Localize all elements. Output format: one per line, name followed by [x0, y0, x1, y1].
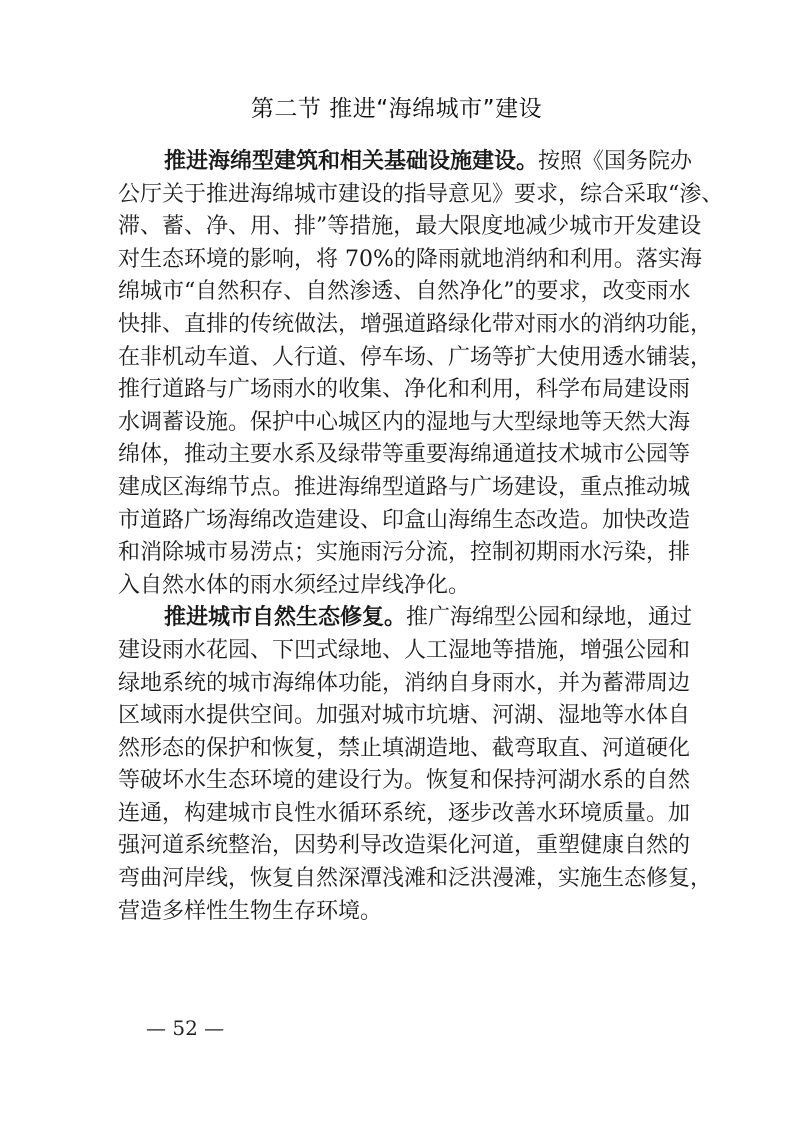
paragraph-1-line: 入自然水体的雨水须经过岸线净化。	[118, 570, 678, 603]
paragraph-1-line: 推行道路与广场雨水的收集、净化和利用，科学布局建设雨	[118, 374, 678, 407]
paragraph-1-line-1: 推进海绵型建筑和相关基础设施建设。按照《国务院办	[118, 146, 678, 179]
paragraph-1-line: 快排、直排的传统做法，增强道路绿化带对雨水的消纳功能，	[118, 309, 678, 342]
paragraph-2-line: 营造多样性生物生存环境。	[118, 896, 678, 929]
paragraph-1-line: 建成区海绵节点。推进海绵型道路与广场建设，重点推动城	[118, 472, 678, 505]
paragraph-1-line: 市道路广场海绵改造建设、印盒山海绵生态改造。加快改造	[118, 505, 678, 538]
paragraph-2-line: 然形态的保护和恢复，禁止填湖造地、截弯取直、河道硬化	[118, 733, 678, 766]
page-number: — 52 —	[146, 1016, 224, 1040]
paragraph-1-line: 在非机动车道、人行道、停车场、广场等扩大使用透水铺装，	[118, 342, 678, 375]
paragraph-1-heading: 推进海绵型建筑和相关基础设施建设。	[164, 149, 538, 174]
paragraph-2-line: 区域雨水提供空间。加强对城市坑塘、河湖、湿地等水体自	[118, 700, 678, 733]
paragraph-1-line: 水调蓄设施。保护中心城区内的湿地与大型绿地等天然大海	[118, 407, 678, 440]
section-title: 第二节 推进“海绵城市”建设	[0, 90, 793, 123]
paragraph-2-line-1: 推进城市自然生态修复。推广海绵型公园和绿地，通过	[118, 602, 678, 635]
paragraph-2-line: 建设雨水花园、下凹式绿地、人工湿地等措施，增强公园和	[118, 635, 678, 668]
paragraph-1-line: 绵体，推动主要水系及绿带等重要海绵通道技术城市公园等	[118, 439, 678, 472]
paragraph-1-line: 绵城市“自然积存、自然渗透、自然净化”的要求，改变雨水	[118, 276, 678, 309]
paragraph-2-line: 弯曲河岸线，恢复自然深潭浅滩和泛洪漫滩，实施生态修复，	[118, 863, 678, 896]
paragraph-2-heading: 推进城市自然生态修复。	[164, 605, 406, 630]
paragraph-2-line: 绿地系统的城市海绵体功能，消纳自身雨水，并为蓄滞周边	[118, 668, 678, 701]
paragraph-1-line: 和消除城市易涝点；实施雨污分流，控制初期雨水污染，排	[118, 537, 678, 570]
document-body: 推进海绵型建筑和相关基础设施建设。按照《国务院办 公厅关于推进海绵城市建设的指导…	[118, 146, 678, 928]
paragraph-1-line: 滞、蓄、净、用、排”等措施，最大限度地减少城市开发建设	[118, 211, 678, 244]
paragraph-2-line: 强河道系统整治，因势利导改造渠化河道，重塑健康自然的	[118, 830, 678, 863]
paragraph-2-line: 连通，构建城市良性水循环系统，逐步改善水环境质量。加	[118, 798, 678, 831]
paragraph-1-line: 对生态环境的影响，将 70%的降雨就地消纳和利用。落实海	[118, 244, 678, 277]
paragraph-1-line: 公厅关于推进海绵城市建设的指导意见》要求，综合采取“渗、	[118, 179, 678, 212]
paragraph-2-line: 等破坏水生态环境的建设行为。恢复和保持河湖水系的自然	[118, 765, 678, 798]
